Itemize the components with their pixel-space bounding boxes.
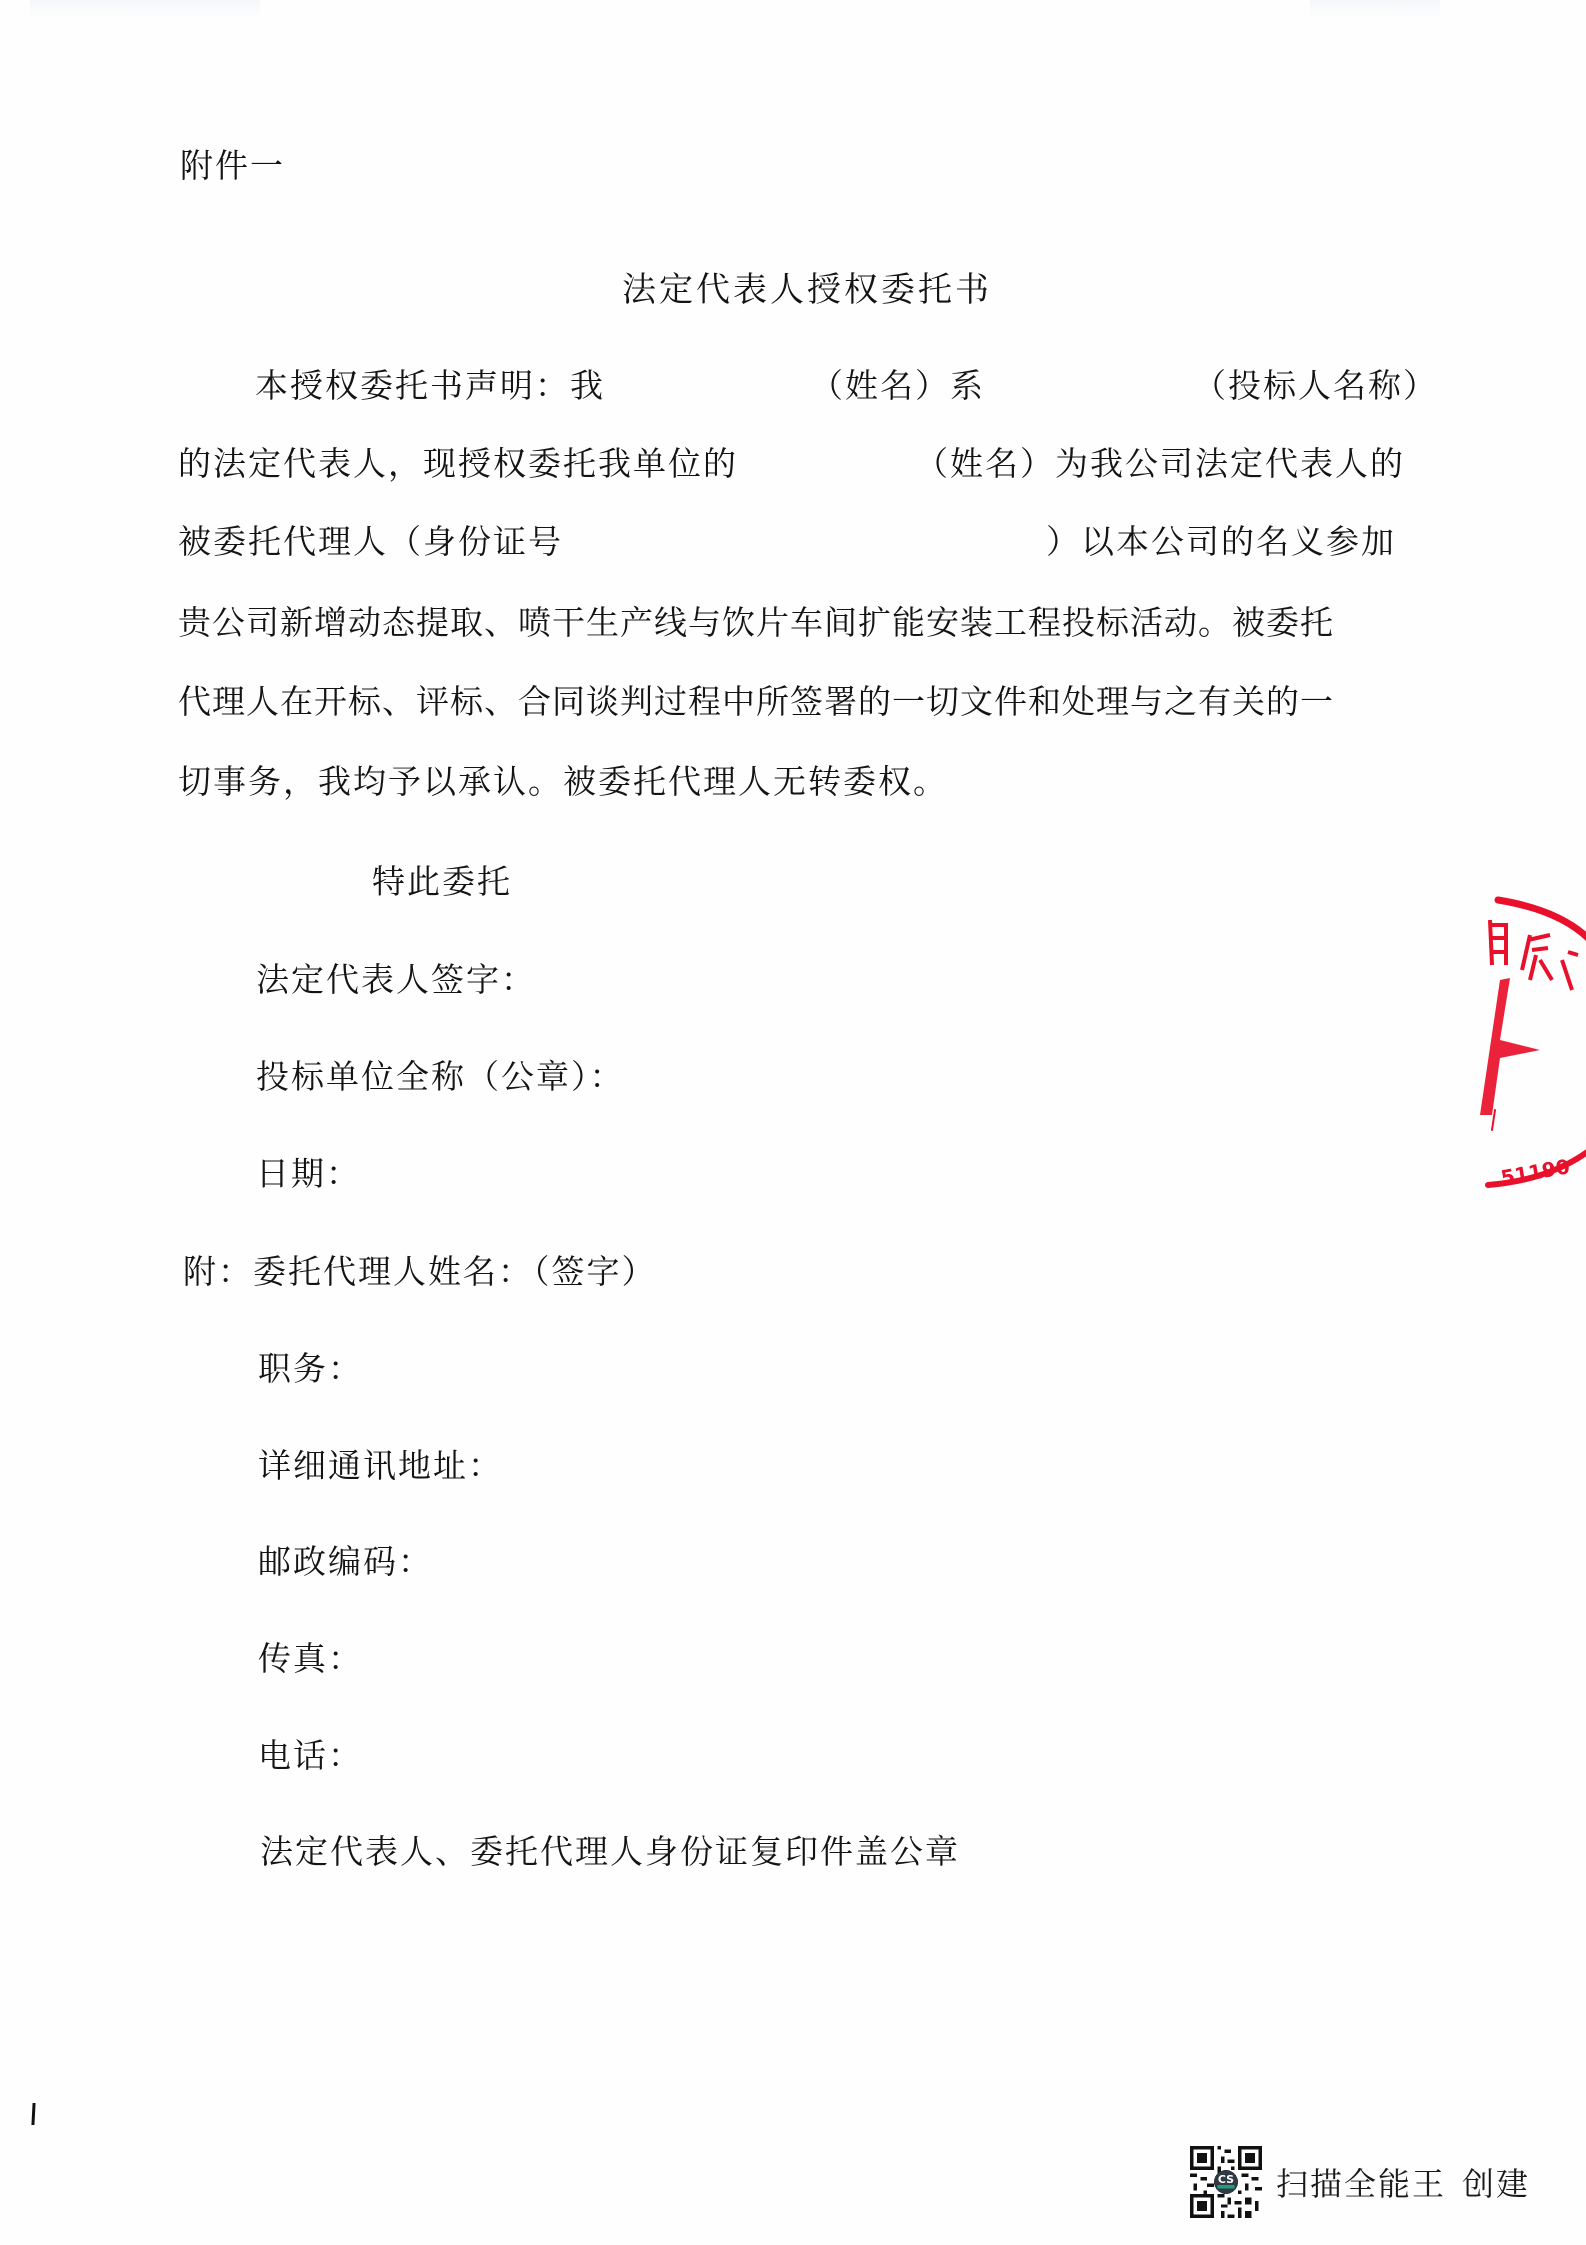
address-field: 详细通讯地址： (258, 1446, 503, 1486)
stamp-digits: 51190 (1499, 1154, 1572, 1190)
bidder-name-blank-label: （投标人名称） (1193, 366, 1438, 406)
legal-rep-signature-field: 法定代表人签字： (256, 960, 536, 1000)
qr-code-icon: CS (1190, 2146, 1262, 2218)
postal-code-field: 邮政编码： (258, 1542, 433, 1582)
appendix-prefix: 附： (183, 1252, 253, 1291)
agent-name-blank-label: （姓名）为我公司法定代表人的 (915, 444, 1405, 484)
scanner-watermark: CS 扫描全能王创建 (1190, 2147, 1530, 2217)
company-seal-stamp: 51190 (1470, 880, 1586, 1210)
appendix-agent-line: 附：委托代理人姓名：（签字） (183, 1252, 657, 1292)
document-title: 法定代表人授权委托书 (622, 270, 992, 310)
bidder-seal-field: 投标单位全称（公章）： (256, 1057, 625, 1097)
paragraph-line-2: 的法定代表人，现授权委托我单位的 （姓名）为我公司法定代表人的 (178, 444, 1428, 484)
scan-bleed-artifact (30, 0, 260, 18)
paragraph-line-6: 切事务，我均予以承认。被委托代理人无转委权。 (178, 762, 948, 802)
phone-field: 电话： (258, 1736, 363, 1776)
name-blank-label: （姓名）系 (810, 366, 985, 406)
attachment-label: 附件一 (180, 146, 285, 186)
agent-name-field: 委托代理人姓名：（签字） (253, 1252, 657, 1291)
id-number-blank-label: ）以本公司的名义参加 (1046, 522, 1396, 562)
closing-text: 特此委托 (372, 862, 512, 902)
fax-field: 传真： (258, 1639, 363, 1679)
position-field: 职务： (258, 1349, 363, 1389)
paragraph-line-5: 代理人在开标、评标、合同谈判过程中所签署的一切文件和处理与之有关的一 (178, 682, 1334, 722)
paragraph-line-3: 被委托代理人（身份证号 ）以本公司的名义参加 (178, 522, 1428, 562)
app-name: 扫描全能王 (1276, 2165, 1446, 2203)
scan-edge-mark (31, 2103, 35, 2125)
paragraph-line-4: 贵公司新增动态提取、喷干生产线与饮片车间扩能安装工程投标活动。被委托 (178, 603, 1334, 643)
seal-icon: 51190 (1470, 880, 1586, 1210)
cs-badge: CS (1218, 2173, 1234, 2186)
watermark-text: 扫描全能王创建 (1276, 2159, 1530, 2205)
id-copy-note: 法定代表人、委托代理人身份证复印件盖公章 (260, 1832, 960, 1872)
scanned-page: 附件一 法定代表人授权委托书 本授权委托书声明：我 （姓名）系 （投标人名称） … (0, 0, 1586, 2245)
date-field: 日期： (256, 1154, 361, 1194)
paragraph-line-1: 本授权委托书声明：我 （姓名）系 （投标人名称） (255, 366, 1425, 406)
created-label: 创建 (1462, 2165, 1530, 2203)
scan-bleed-artifact (1310, 0, 1440, 18)
